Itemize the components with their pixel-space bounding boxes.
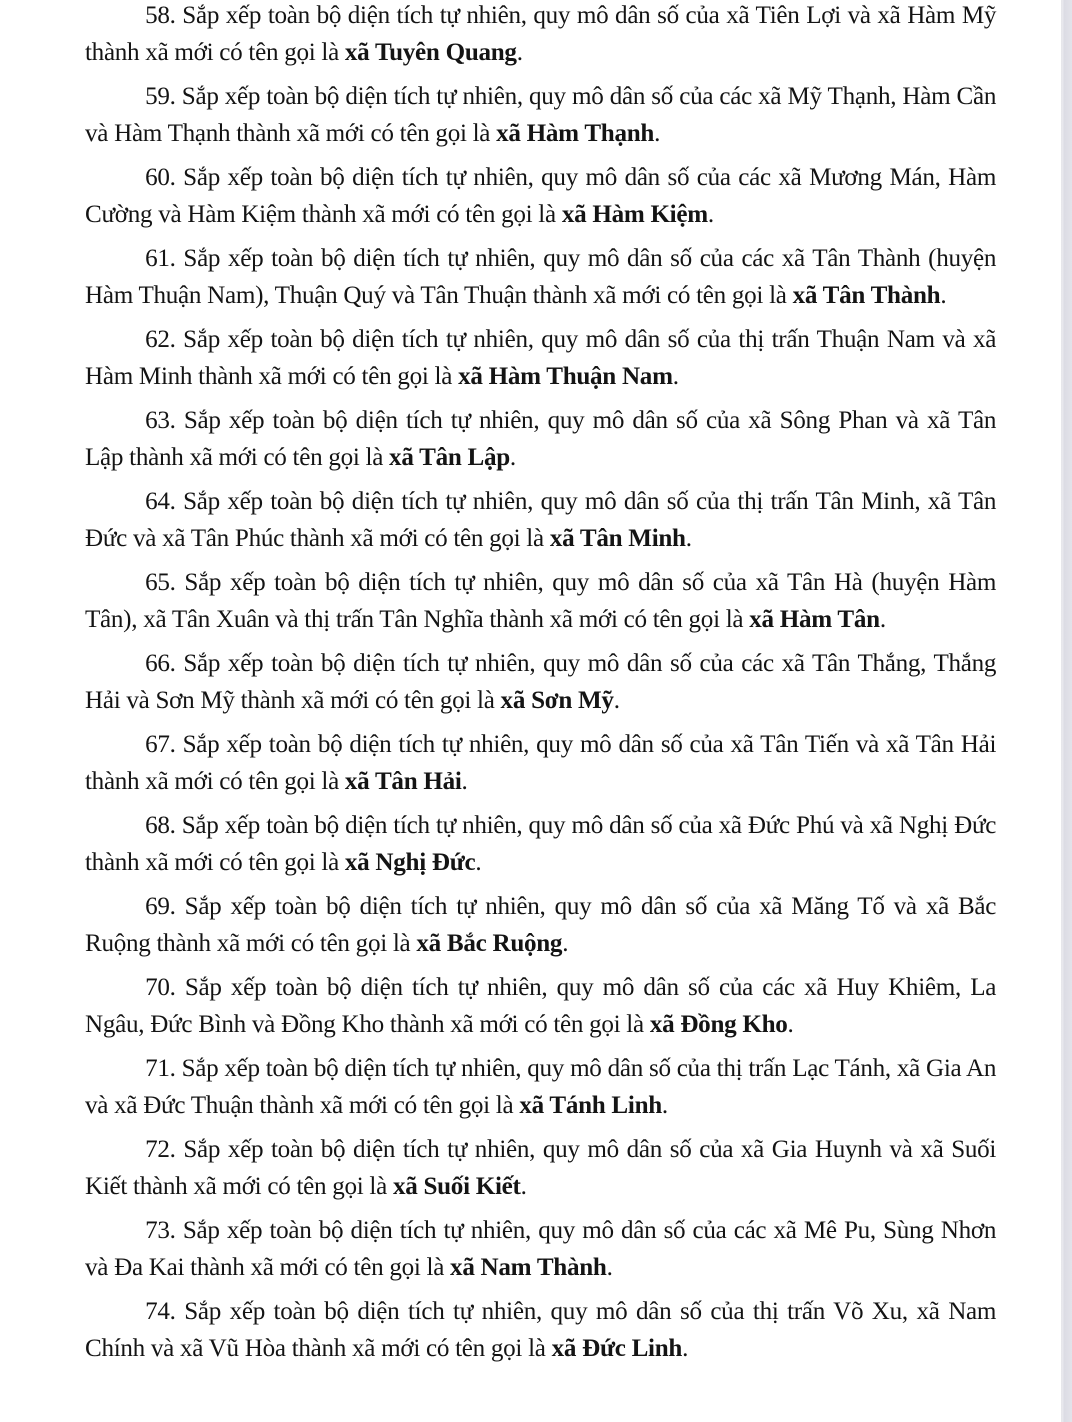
item-text: Sắp xếp toàn bộ diện tích tự nhiên, quy … — [85, 162, 996, 228]
new-commune-name: xã Tân Minh — [550, 523, 686, 552]
new-commune-name: xã Hàm Tân — [749, 604, 880, 633]
item-number: 64. — [145, 486, 176, 515]
list-item: 69. Sắp xếp toàn bộ diện tích tự nhiên, … — [85, 887, 996, 961]
new-commune-name: xã Tân Lập — [389, 442, 510, 471]
item-number: 65. — [145, 567, 176, 596]
item-text: Sắp xếp toàn bộ diện tích tự nhiên, quy … — [85, 405, 996, 471]
list-item: 62. Sắp xếp toàn bộ diện tích tự nhiên, … — [85, 320, 996, 394]
list-item: 68. Sắp xếp toàn bộ diện tích tự nhiên, … — [85, 806, 996, 880]
new-commune-name: xã Sơn Mỹ — [501, 685, 614, 714]
item-text: Sắp xếp toàn bộ diện tích tự nhiên, quy … — [85, 1134, 996, 1200]
item-number: 68. — [145, 810, 176, 839]
item-terminator: . — [654, 118, 660, 147]
list-item: 63. Sắp xếp toàn bộ diện tích tự nhiên, … — [85, 401, 996, 475]
list-item: 74. Sắp xếp toàn bộ diện tích tự nhiên, … — [85, 1292, 996, 1366]
item-number: 71. — [145, 1053, 176, 1082]
item-terminator: . — [788, 1009, 794, 1038]
new-commune-name: xã Nam Thành — [450, 1252, 607, 1281]
new-commune-name: xã Đồng Kho — [650, 1009, 788, 1038]
item-number: 63. — [145, 405, 176, 434]
item-terminator: . — [662, 1090, 668, 1119]
list-item: 72. Sắp xếp toàn bộ diện tích tự nhiên, … — [85, 1130, 996, 1204]
item-text: Sắp xếp toàn bộ diện tích tự nhiên, quy … — [85, 729, 996, 795]
new-commune-name: xã Tánh Linh — [519, 1090, 662, 1119]
list-item: 60. Sắp xếp toàn bộ diện tích tự nhiên, … — [85, 158, 996, 232]
item-terminator: . — [462, 766, 468, 795]
list-item: 65. Sắp xếp toàn bộ diện tích tự nhiên, … — [85, 563, 996, 637]
list-item: 59. Sắp xếp toàn bộ diện tích tự nhiên, … — [85, 77, 996, 151]
new-commune-name: xã Hàm Thuận Nam — [458, 361, 673, 390]
new-commune-name: xã Tân Thành — [793, 280, 941, 309]
item-terminator: . — [517, 37, 523, 66]
new-commune-name: xã Bắc Ruộng — [416, 928, 562, 957]
item-number: 62. — [145, 324, 176, 353]
new-commune-name: xã Hàm Kiệm — [562, 199, 708, 228]
document-page: 58. Sắp xếp toàn bộ diện tích tự nhiên, … — [0, 0, 1061, 1422]
new-commune-name: xã Hàm Thạnh — [496, 118, 654, 147]
item-terminator: . — [682, 1333, 688, 1362]
list-item: 73. Sắp xếp toàn bộ diện tích tự nhiên, … — [85, 1211, 996, 1285]
list-item: 70. Sắp xếp toàn bộ diện tích tự nhiên, … — [85, 968, 996, 1042]
item-terminator: . — [614, 685, 620, 714]
item-terminator: . — [562, 928, 568, 957]
item-terminator: . — [475, 847, 481, 876]
item-number: 60. — [145, 162, 176, 191]
page-edge-shadow — [1061, 0, 1072, 1422]
list-item: 58. Sắp xếp toàn bộ diện tích tự nhiên, … — [85, 0, 996, 70]
item-text: Sắp xếp toàn bộ diện tích tự nhiên, quy … — [85, 0, 996, 66]
document-body: 58. Sắp xếp toàn bộ diện tích tự nhiên, … — [85, 0, 1010, 1373]
item-number: 74. — [145, 1296, 176, 1325]
new-commune-name: xã Tân Hải — [345, 766, 462, 795]
list-item: 71. Sắp xếp toàn bộ diện tích tự nhiên, … — [85, 1049, 996, 1123]
item-number: 72. — [145, 1134, 176, 1163]
new-commune-name: xã Suối Kiết — [393, 1171, 521, 1200]
list-item: 64. Sắp xếp toàn bộ diện tích tự nhiên, … — [85, 482, 996, 556]
item-number: 59. — [145, 81, 176, 110]
new-commune-name: xã Tuyên Quang — [345, 37, 517, 66]
item-text: Sắp xếp toàn bộ diện tích tự nhiên, quy … — [85, 1296, 996, 1362]
item-terminator: . — [880, 604, 886, 633]
item-text: Sắp xếp toàn bộ diện tích tự nhiên, quy … — [85, 972, 996, 1038]
item-number: 69. — [145, 891, 176, 920]
item-terminator: . — [686, 523, 692, 552]
item-text: Sắp xếp toàn bộ diện tích tự nhiên, quy … — [85, 486, 996, 552]
item-number: 61. — [145, 243, 176, 272]
item-terminator: . — [940, 280, 946, 309]
list-item: 66. Sắp xếp toàn bộ diện tích tự nhiên, … — [85, 644, 996, 718]
new-commune-name: xã Nghị Đức — [345, 847, 475, 876]
item-terminator: . — [607, 1252, 613, 1281]
item-number: 67. — [145, 729, 176, 758]
item-terminator: . — [510, 442, 516, 471]
item-number: 70. — [145, 972, 176, 1001]
item-terminator: . — [708, 199, 714, 228]
list-item: 61. Sắp xếp toàn bộ diện tích tự nhiên, … — [85, 239, 996, 313]
item-number: 66. — [145, 648, 176, 677]
item-text: Sắp xếp toàn bộ diện tích tự nhiên, quy … — [85, 810, 996, 876]
item-number: 73. — [145, 1215, 176, 1244]
new-commune-name: xã Đức Linh — [552, 1333, 682, 1362]
item-terminator: . — [521, 1171, 527, 1200]
item-number: 58. — [145, 0, 176, 29]
item-terminator: . — [673, 361, 679, 390]
list-item: 67. Sắp xếp toàn bộ diện tích tự nhiên, … — [85, 725, 996, 799]
